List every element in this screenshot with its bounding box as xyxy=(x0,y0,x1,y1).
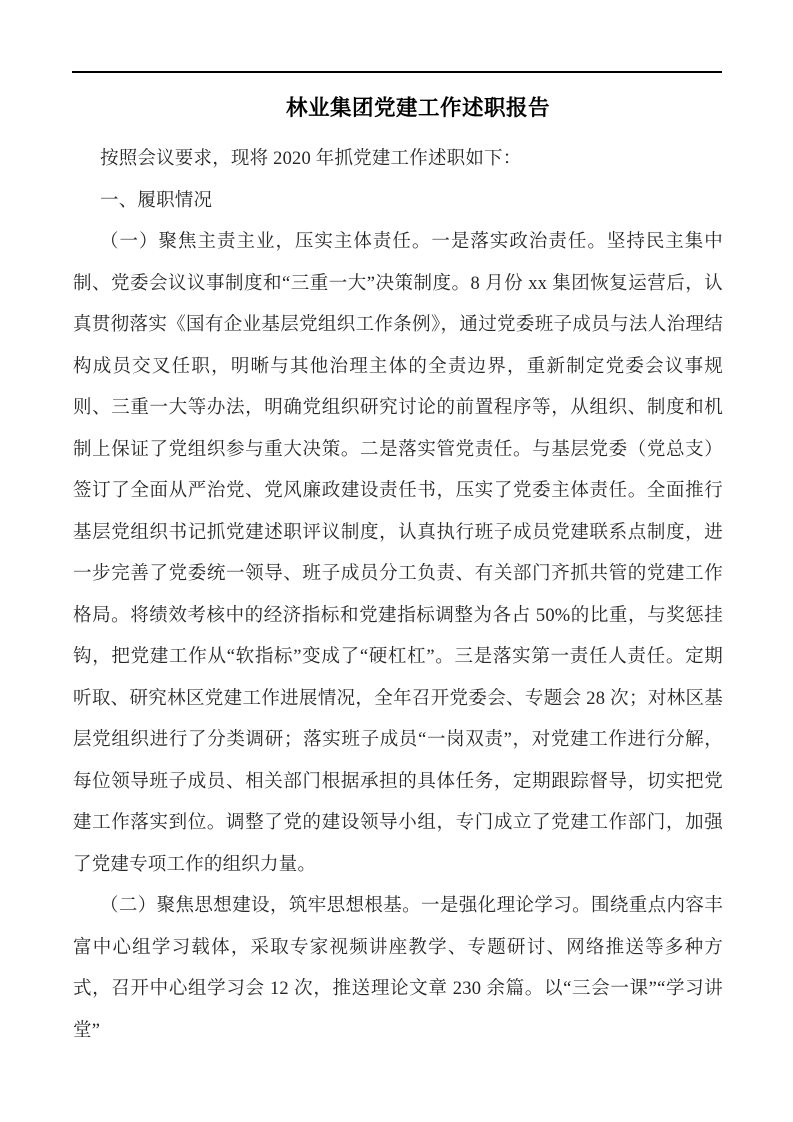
paragraph-section-heading: 一、履职情况 xyxy=(73,181,723,223)
document-title: 林业集团党建工作述职报告 xyxy=(73,84,723,132)
header-divider-rule xyxy=(72,71,722,73)
document-page: 林业集团党建工作述职报告 按照会议要求，现将 2020 年抓党建工作述职如下： … xyxy=(0,0,793,1122)
paragraph-intro: 按照会议要求，现将 2020 年抓党建工作述职如下： xyxy=(73,139,723,181)
paragraph-subsection-1: （一）聚焦主责主业，压实主体责任。一是落实政治责任。坚持民主集中制、党委会议议事… xyxy=(73,222,723,886)
title-spacer xyxy=(73,132,723,139)
document-content: 林业集团党建工作述职报告 按照会议要求，现将 2020 年抓党建工作述职如下： … xyxy=(73,84,723,1052)
paragraph-subsection-2: （二）聚焦思想建设，筑牢思想根基。一是强化理论学习。围绕重点内容丰富中心组学习载… xyxy=(73,886,723,1052)
